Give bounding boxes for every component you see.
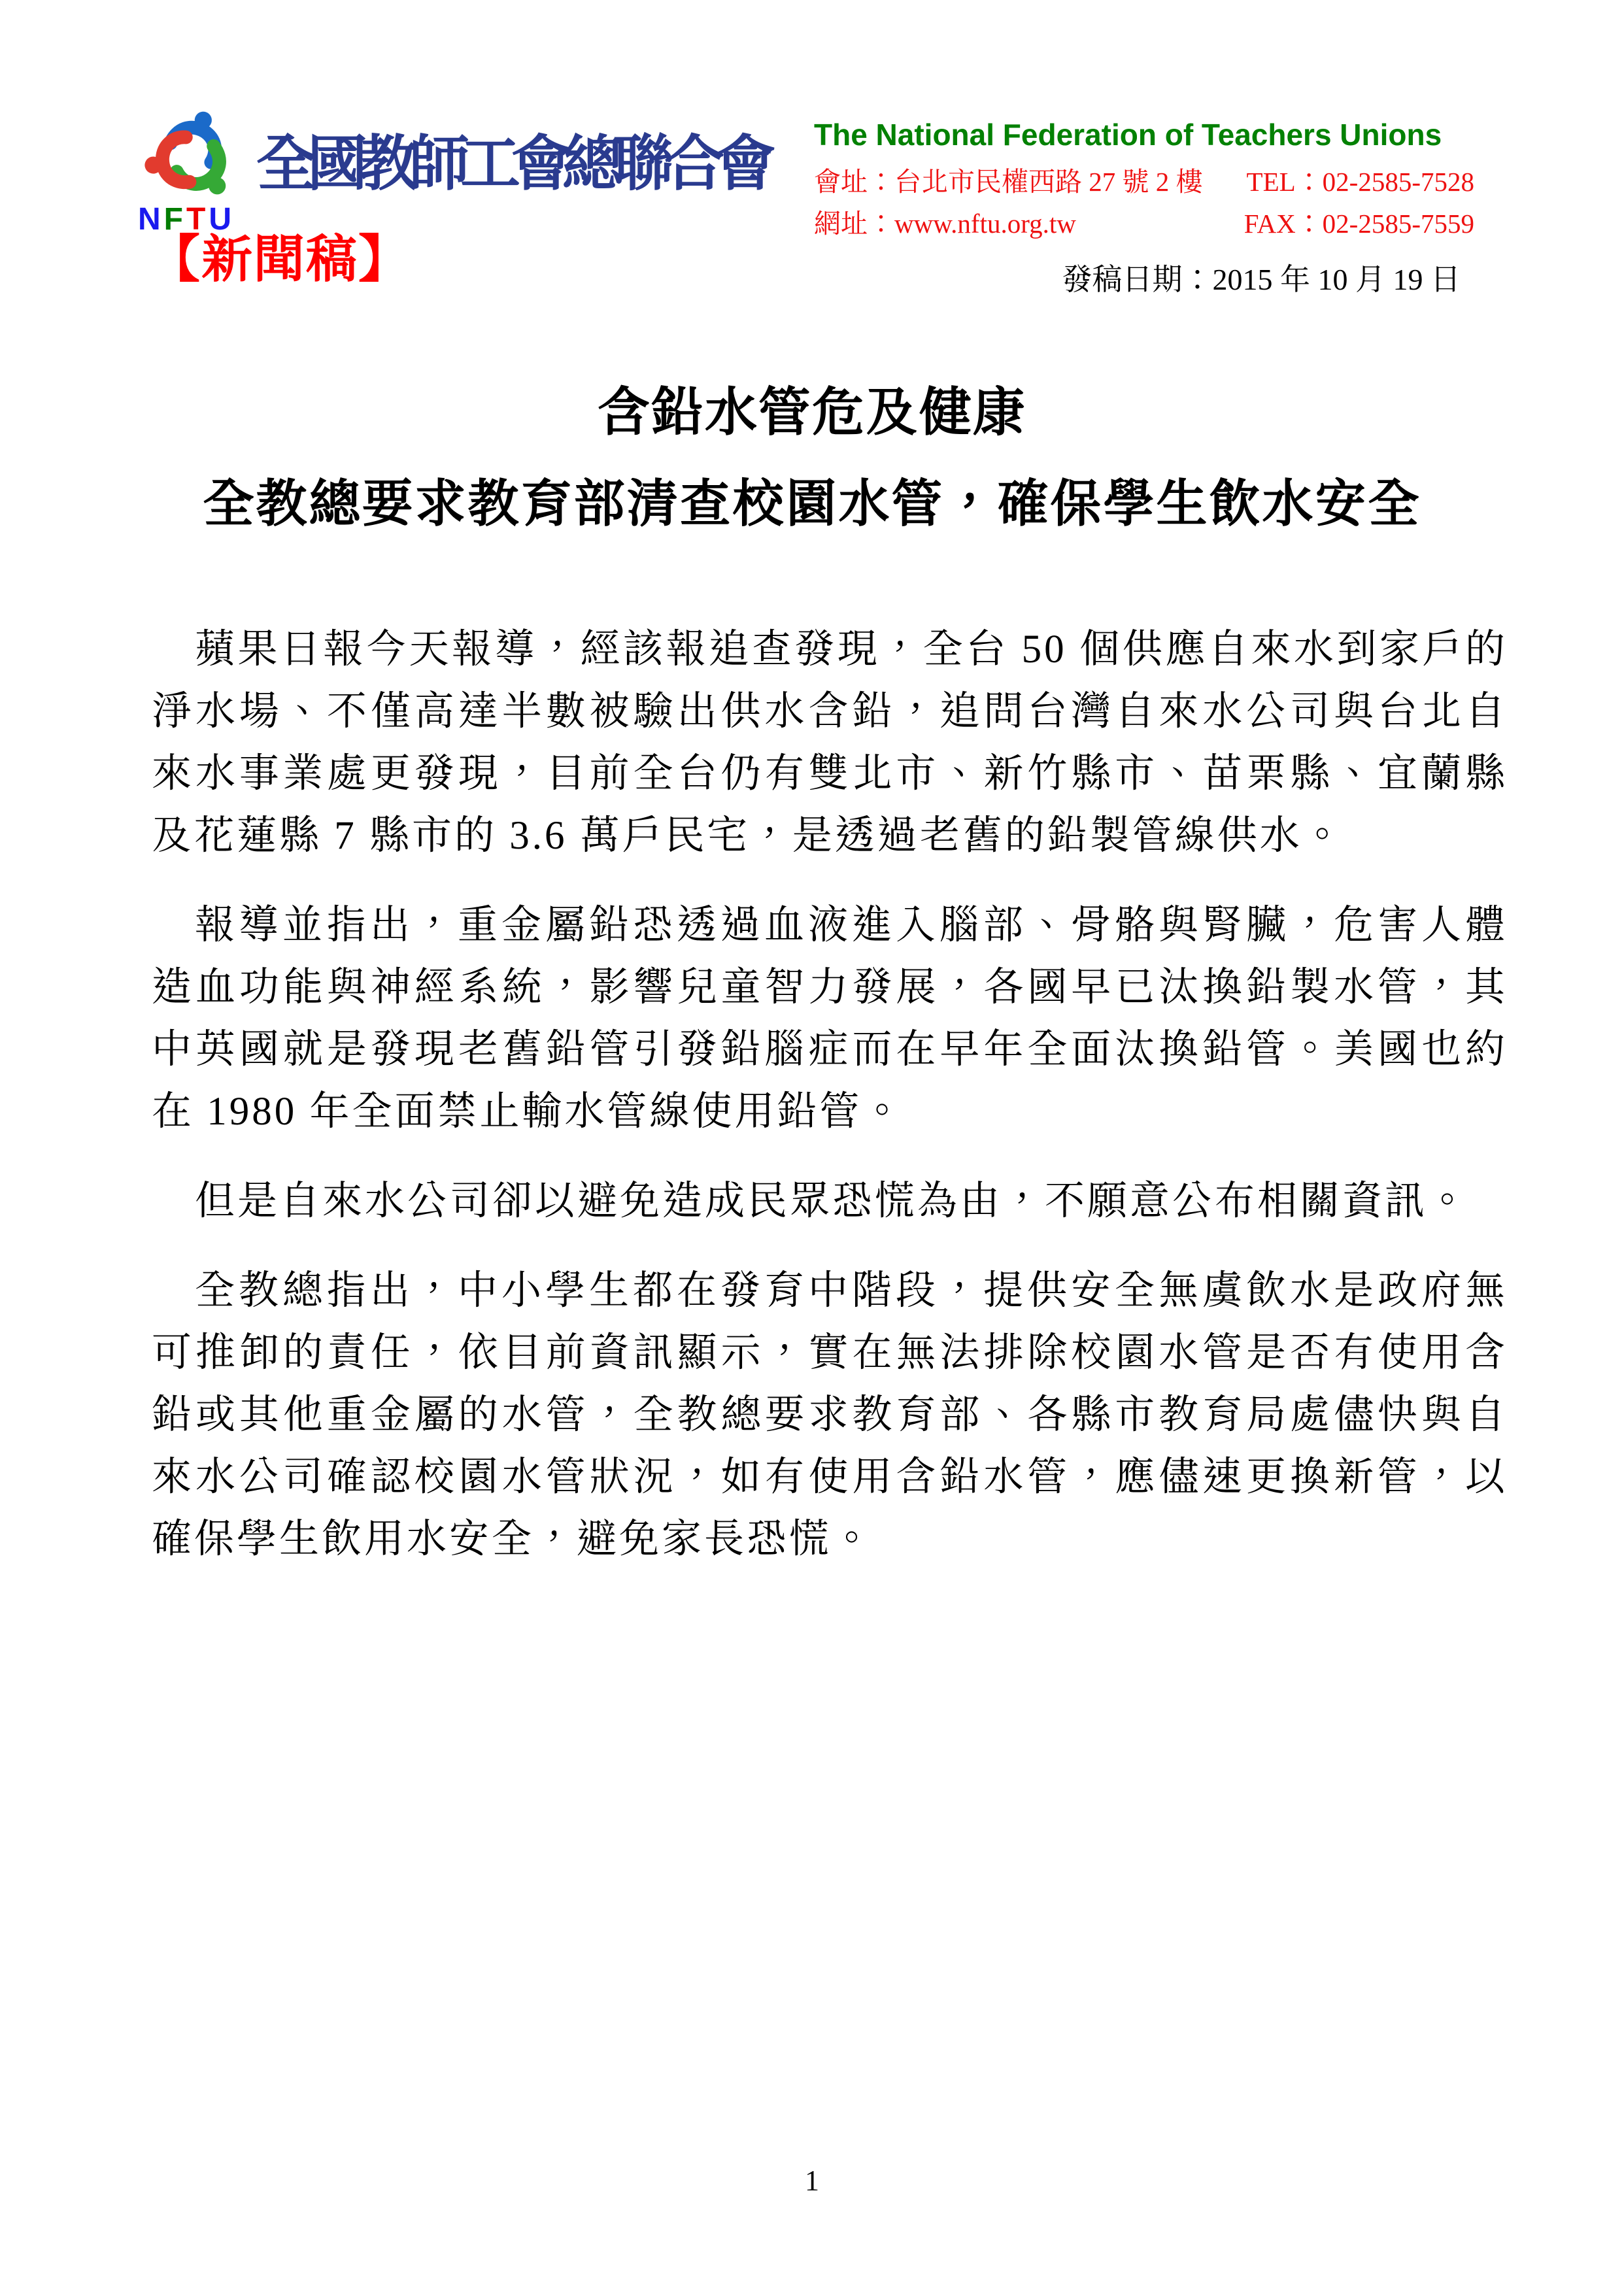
website-label: 網址：www.nftu.org.tw <box>814 203 1076 245</box>
fax-label: FAX：02-2585-7559 <box>1244 203 1474 245</box>
press-release-page: NFTU 全國教師工會總聯合會 The National Federation … <box>0 0 1624 2294</box>
org-name-english: The National Federation of Teachers Unio… <box>814 118 1474 152</box>
release-date: 發稿日期：2015 年 10 月 19 日 <box>1062 261 1461 298</box>
page-title: 含鉛水管危及健康 <box>0 370 1624 445</box>
nftu-logo-icon <box>134 105 248 203</box>
press-release-tag: 【新聞稿】 <box>149 230 411 289</box>
tel-label: TEL：02-2585-7528 <box>1247 161 1474 203</box>
paragraph-2: 報導並指出，重金屬鉛恐透過血液進入腦部、骨骼與腎臟，危害人體造血功能與神經系統，… <box>152 894 1508 1143</box>
header-contact-block: The National Federation of Teachers Unio… <box>814 118 1474 245</box>
page-subtitle: 全教總要求教育部清查校園水管，確保學生飲水安全 <box>0 463 1624 536</box>
paragraph-3: 但是自來水公司卻以避免造成民眾恐慌為由，不願意公布相關資訊。 <box>152 1170 1508 1232</box>
contact-info: 會址：台北市民權西路 27 號 2 樓 TEL：02-2585-7528 網址：… <box>814 161 1474 245</box>
org-name-chinese: 全國教師工會總聯合會 <box>256 128 766 200</box>
page-number: 1 <box>0 2164 1624 2197</box>
address-label: 會址：台北市民權西路 27 號 2 樓 <box>814 161 1203 203</box>
paragraph-1: 蘋果日報今天報導，經該報追查發現，全台 50 個供應自來水到家戶的淨水場、不僅高… <box>152 618 1508 867</box>
nftu-logo: NFTU <box>134 105 255 235</box>
article-body: 蘋果日報今天報導，經該報追查發現，全台 50 個供應自來水到家戶的淨水場、不僅高… <box>152 618 1508 1598</box>
paragraph-4: 全教總指出，中小學生都在發育中階段，提供安全無虞飲水是政府無可推卸的責任，依目前… <box>152 1260 1508 1570</box>
